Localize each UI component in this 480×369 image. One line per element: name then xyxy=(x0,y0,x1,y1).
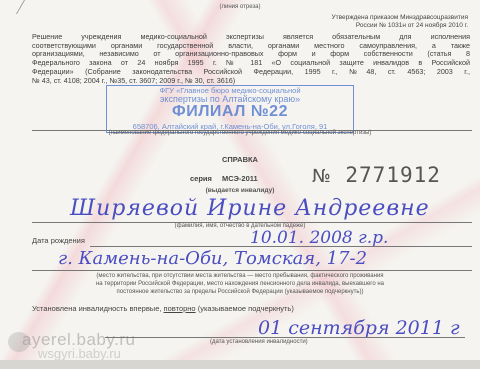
watermark-text-secondary: wsgyri.baby.ru xyxy=(38,346,121,361)
institution-caption: (наименование федерального государственн… xyxy=(0,130,480,136)
established-date-line xyxy=(105,337,465,338)
established-suffix: (указываемое подчеркнуть) xyxy=(196,304,294,313)
legal-paragraph: Решение учреждения медико-социальной экс… xyxy=(32,33,470,85)
number-value: 2771912 xyxy=(345,163,441,187)
certificate-number: № 2771912 xyxy=(312,163,441,187)
legal-line: № 43, ст. 4108; 2004 г., №35, ст. 3607; … xyxy=(32,77,470,86)
series-label: серия xyxy=(190,174,212,183)
address-caption-line: постоянное жительство за пределы Российс… xyxy=(40,289,440,297)
birth-date-label: Дата рождения xyxy=(32,236,85,245)
issued-to-caption: (выдается инвалиду) xyxy=(0,187,480,194)
established-date-handwritten: 01 сентября 2011 г xyxy=(258,317,460,339)
institution-stamp: ФГУ «Главное бюро медико-социальной эксп… xyxy=(106,85,354,133)
address-line xyxy=(32,270,472,271)
established-underlined: повторно xyxy=(164,304,196,313)
approval-note: Утверждена приказом Минздравсоцразвития … xyxy=(332,14,468,30)
address-caption: (место жительства, при отсутствии места … xyxy=(40,273,440,296)
established-date-caption: (дата установления инвалидности) xyxy=(210,339,308,345)
certificate-page: (линия отреза) Утверждена приказом Минзд… xyxy=(0,0,480,369)
series: серия МСЭ-2011 xyxy=(190,174,258,183)
full-name-handwritten: Ширяевой Ирине Андреевне xyxy=(70,196,430,221)
address-caption-line: (место жительства, при отсутствии места … xyxy=(40,273,440,281)
birth-date-line xyxy=(90,246,472,247)
page-bottom-edge xyxy=(0,360,480,369)
series-value: МСЭ-2011 xyxy=(222,174,258,183)
birth-date-handwritten: 10.01. 2008 г.р. xyxy=(250,228,388,248)
approval-line-1: Утверждена приказом Минздравсоцразвития xyxy=(332,14,468,22)
established-prefix: Установлена инвалидность впервые, xyxy=(32,304,164,313)
full-name-caption: (фамилия, имя, отчество в дательном паде… xyxy=(0,223,480,229)
stamp-branch: ФИЛИАЛ №22 xyxy=(107,103,353,121)
cut-line-caption: (линия отреза) xyxy=(0,4,480,10)
number-symbol: № xyxy=(312,166,332,187)
address-handwritten: г. Камень-на-Оби, Томская, 17-2 xyxy=(58,248,367,269)
approval-line-2: России № 1031н от 24 ноября 2010 г. xyxy=(332,22,468,30)
address-caption-line: на территории Российской Федерации, мест… xyxy=(40,281,440,289)
disability-established: Установлена инвалидность впервые, повтор… xyxy=(32,304,294,313)
